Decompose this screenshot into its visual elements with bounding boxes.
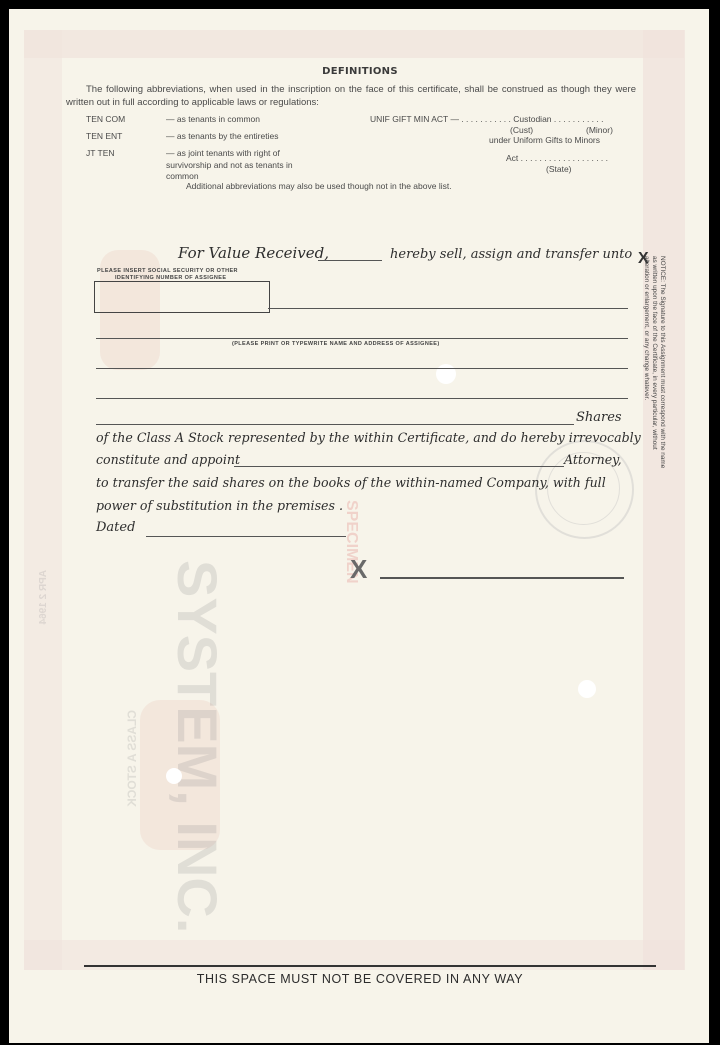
border-band-right [643,30,685,970]
footer-warning: THIS SPACE MUST NOT BE COVERED IN ANY WA… [0,972,720,986]
gift-act-line: UNIF GIFT MIN ACT — . . . . . . . . . . … [370,114,603,124]
assignee-line-2[interactable] [96,338,628,339]
shares-word: Shares [576,410,622,425]
showthrough-company: SYSTEM, INC. [165,560,230,933]
abbr-key: JT TEN [86,148,115,160]
body-line-2: constitute and appoint [96,452,240,467]
body-line-3: to transfer the said shares on the books… [96,475,606,490]
signature-x-mark: X [350,554,367,585]
abbr-definition: — as tenants by the entireties [166,131,306,143]
assignee-line-3[interactable] [96,368,628,369]
attorney-line[interactable] [234,466,564,467]
gift-uniform-line: under Uniform Gifts to Minors [489,135,600,145]
showthrough-date-stamp: APR 2 1964 [38,570,49,624]
assignee-line-1[interactable] [268,308,628,309]
additional-abbr-note: Additional abbreviations may also be use… [186,181,452,191]
date-line[interactable] [146,536,346,537]
value-blank-line[interactable] [318,260,382,261]
dated-label: Dated [96,520,135,535]
punch-hole [578,680,596,698]
gift-state-label: (State) [546,164,572,174]
definitions-intro: The following abbreviations, when used i… [66,83,636,109]
gift-minor-label: (Minor) [586,125,613,135]
gift-cust-label: (Cust) [510,125,533,135]
signature-notice: NOTICE: The Signature to this Assignment… [626,256,666,476]
abbr-definition: — as tenants in common [166,114,306,126]
name-address-label: (PLEASE PRINT OR TYPEWRITE NAME AND ADDR… [232,341,440,347]
punch-hole [436,364,456,384]
body-line-4: power of substitution in the premises . [96,498,343,513]
abbr-key: TEN ENT [86,131,122,143]
abbr-definition: — as joint tenants with right of survivo… [166,148,306,183]
footer-divider [84,965,656,967]
assignee-line-4[interactable] [96,398,628,399]
ssn-input-box[interactable] [94,281,270,313]
shares-line[interactable] [96,424,574,425]
definitions-title: DEFINITIONS [0,66,720,77]
abbr-key: TEN COM [86,114,125,126]
attorney-word: Attorney, [564,452,622,467]
signature-line[interactable] [380,577,624,579]
for-value-received: For Value Received, [178,244,329,262]
showthrough-class: CLASS A STOCK [125,710,139,807]
punch-hole [166,768,182,784]
ssn-label-1: PLEASE INSERT SOCIAL SECURITY OR OTHER [97,268,238,274]
border-band-left [24,30,62,970]
transfer-text: hereby sell, assign and transfer unto [390,247,632,262]
border-band-top [24,30,684,58]
gift-act-state-line: Act . . . . . . . . . . . . . . . . . . … [506,153,608,163]
body-line-1: of the Class A Stock represented by the … [96,430,641,445]
